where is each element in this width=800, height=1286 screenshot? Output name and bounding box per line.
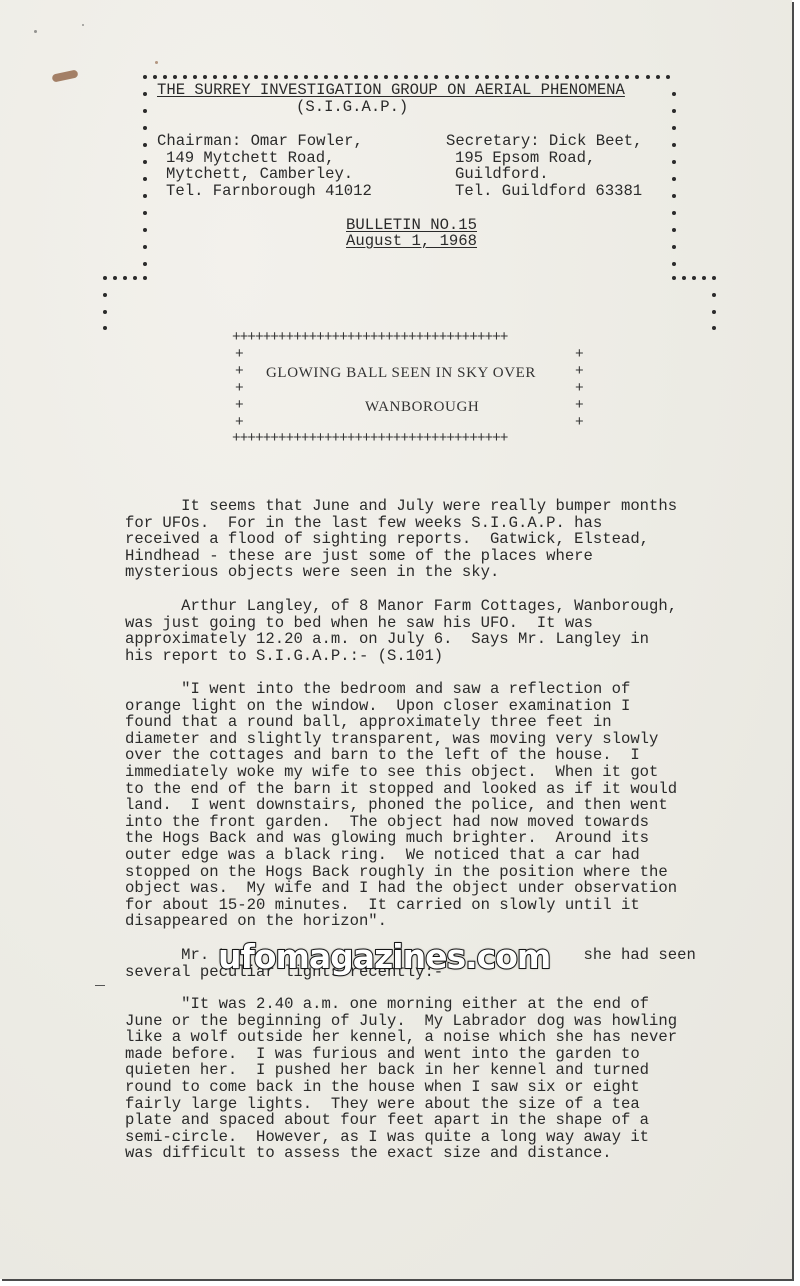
chairman-phone: Tel. Farnborough 41012 bbox=[157, 183, 372, 200]
headline-border-side: + bbox=[235, 347, 244, 364]
secretary-address-1: 195 Epsom Road, bbox=[446, 150, 643, 167]
org-abbrev: (S.I.G.A.P.) bbox=[296, 99, 408, 116]
border-dot bbox=[264, 75, 268, 79]
paper-speck bbox=[155, 61, 158, 64]
border-dot bbox=[314, 75, 318, 79]
text-line: his report to S.I.G.A.P.:- (S.101) bbox=[125, 648, 725, 665]
border-dot bbox=[565, 75, 569, 79]
border-dot bbox=[424, 75, 428, 79]
border-dot bbox=[143, 228, 147, 232]
border-dot bbox=[143, 194, 147, 198]
secretary-block: Secretary: Dick Beet, 195 Epsom Road, Gu… bbox=[446, 133, 643, 199]
text-line: was difficult to assess the exact size a… bbox=[125, 1145, 725, 1162]
headline-border-side: + bbox=[235, 415, 244, 432]
headline-border-top: ++++++++++++++++++++++++++++++++++++ bbox=[232, 330, 507, 347]
text-line: found that a round ball, approximately t… bbox=[125, 714, 725, 731]
text-line: mysterious objects were seen in the sky. bbox=[125, 564, 725, 581]
border-dot bbox=[143, 177, 147, 181]
border-dot bbox=[143, 276, 147, 280]
border-dot bbox=[635, 75, 639, 79]
border-dot bbox=[712, 326, 716, 330]
border-dot bbox=[274, 75, 278, 79]
border-dot bbox=[354, 75, 358, 79]
border-dot bbox=[173, 75, 177, 79]
chairman-name: Chairman: Omar Fowler, bbox=[157, 133, 372, 150]
border-dot bbox=[672, 262, 676, 266]
secretary-name: Secretary: Dick Beet, bbox=[446, 133, 643, 150]
secretary-phone: Tel. Guildford 63381 bbox=[446, 183, 643, 200]
text-line: Arthur Langley, of 8 Manor Farm Cottages… bbox=[125, 598, 725, 615]
border-dot bbox=[672, 276, 676, 280]
border-dot bbox=[203, 75, 207, 79]
border-dot bbox=[475, 75, 479, 79]
border-dot bbox=[334, 75, 338, 79]
border-dot bbox=[143, 92, 147, 96]
border-dot bbox=[244, 75, 248, 79]
text-line: Hindhead - these are just some of the pl… bbox=[125, 548, 725, 565]
chairman-address-2: Mytchett, Camberley. bbox=[157, 166, 372, 183]
border-dot bbox=[672, 160, 676, 164]
border-dot bbox=[213, 75, 217, 79]
text-line: immediately woke my wife to see this obj… bbox=[125, 764, 725, 781]
border-dot bbox=[445, 75, 449, 79]
secretary-address-2: Guildford. bbox=[446, 166, 643, 183]
watermark: ufomagazines.com bbox=[218, 937, 550, 976]
border-dot bbox=[495, 75, 499, 79]
border-dot bbox=[672, 177, 676, 181]
border-dot bbox=[666, 75, 670, 79]
border-dot bbox=[384, 75, 388, 79]
border-dot bbox=[455, 75, 459, 79]
border-dot bbox=[183, 75, 187, 79]
text-line: was just going to bed when he saw his UF… bbox=[125, 615, 725, 632]
border-dot bbox=[465, 75, 469, 79]
border-dot bbox=[143, 75, 147, 79]
text-line: to the end of the barn it stopped and lo… bbox=[125, 781, 725, 798]
border-dot bbox=[143, 160, 147, 164]
headline-border-side: + bbox=[235, 398, 244, 415]
paragraph-mrs-langley-quote: "It was 2.40 a.m. one morning either at … bbox=[125, 996, 725, 1162]
headline-border-side: + bbox=[575, 398, 584, 415]
text-line: It seems that June and July were really … bbox=[125, 498, 725, 515]
border-dot bbox=[143, 262, 147, 266]
border-dot bbox=[525, 75, 529, 79]
text-line: for UFOs. For in the last few weeks S.I.… bbox=[125, 515, 725, 532]
text-line: June or the beginning of July. My Labrad… bbox=[125, 1013, 725, 1030]
text-line: semi-circle. However, as I was quite a l… bbox=[125, 1129, 725, 1146]
chairman-address-1: 149 Mytchett Road, bbox=[157, 150, 372, 167]
paper-speck bbox=[34, 30, 37, 33]
border-dot bbox=[555, 75, 559, 79]
border-dot bbox=[304, 75, 308, 79]
text-line: quieten her. I pushed her back in her ke… bbox=[125, 1062, 725, 1079]
border-dot bbox=[394, 75, 398, 79]
border-dot bbox=[284, 75, 288, 79]
border-dot bbox=[672, 245, 676, 249]
border-dot bbox=[672, 228, 676, 232]
border-dot bbox=[103, 276, 107, 280]
text-line: made before. I was furious and went into… bbox=[125, 1046, 725, 1063]
border-dot bbox=[692, 276, 696, 280]
border-dot bbox=[545, 75, 549, 79]
border-dot bbox=[434, 75, 438, 79]
border-dot bbox=[672, 194, 676, 198]
paragraph-intro: It seems that June and July were really … bbox=[125, 498, 725, 581]
text-line: land. I went downstairs, phoned the poli… bbox=[125, 797, 725, 814]
border-dot bbox=[595, 75, 599, 79]
border-dot bbox=[505, 75, 509, 79]
chairman-block: Chairman: Omar Fowler, 149 Mytchett Road… bbox=[157, 133, 372, 199]
border-dot bbox=[605, 75, 609, 79]
border-dot bbox=[682, 276, 686, 280]
rust-stain bbox=[51, 69, 78, 82]
text-line: object was. My wife and I had the object… bbox=[125, 880, 725, 897]
border-dot bbox=[672, 143, 676, 147]
border-dot bbox=[575, 75, 579, 79]
border-dot bbox=[672, 211, 676, 215]
border-dot bbox=[193, 75, 197, 79]
text-line: over the cottages and barn to the left o… bbox=[125, 747, 725, 764]
text-line: disappeared on the horizon". bbox=[125, 913, 725, 930]
border-dot bbox=[143, 245, 147, 249]
border-dot bbox=[254, 75, 258, 79]
border-dot bbox=[414, 75, 418, 79]
text-line: plate and spaced about four feet apart i… bbox=[125, 1112, 725, 1129]
border-dot bbox=[585, 75, 589, 79]
text-line: stopped on the Hogs Back roughly in the … bbox=[125, 864, 725, 881]
headline-line-2: WANBOROUGH bbox=[365, 399, 479, 416]
headline-border-side: + bbox=[235, 381, 244, 398]
border-dot bbox=[656, 75, 660, 79]
paper-speck bbox=[82, 24, 84, 26]
border-dot bbox=[702, 276, 706, 280]
margin-mark bbox=[95, 985, 105, 986]
text-line: diameter and slightly transparent, was m… bbox=[125, 731, 725, 748]
border-dot bbox=[515, 75, 519, 79]
border-dot bbox=[364, 75, 368, 79]
headline-border-side: + bbox=[575, 364, 584, 381]
headline-border-side: + bbox=[575, 415, 584, 432]
text-line: for about 15-20 minutes. It carried on s… bbox=[125, 897, 725, 914]
border-dot bbox=[163, 75, 167, 79]
text-line: outer edge was a black ring. We noticed … bbox=[125, 847, 725, 864]
border-dot bbox=[374, 75, 378, 79]
border-dot bbox=[324, 75, 328, 79]
border-dot bbox=[485, 75, 489, 79]
border-dot bbox=[672, 92, 676, 96]
text-line: fairly large lights. They were about the… bbox=[125, 1096, 725, 1113]
border-dot bbox=[103, 310, 107, 314]
border-dot bbox=[712, 293, 716, 297]
text-line: approximately 12.20 a.m. on July 6. Says… bbox=[125, 631, 725, 648]
border-dot bbox=[143, 143, 147, 147]
text-line: the Hogs Back and was glowing much brigh… bbox=[125, 830, 725, 847]
border-dot bbox=[223, 75, 227, 79]
border-dot bbox=[712, 276, 716, 280]
headline-border-side: + bbox=[235, 364, 244, 381]
border-dot bbox=[672, 109, 676, 113]
border-dot bbox=[404, 75, 408, 79]
border-dot bbox=[133, 276, 137, 280]
border-dot bbox=[646, 75, 650, 79]
text-line: "I went into the bedroom and saw a refle… bbox=[125, 681, 725, 698]
bulletin-date: August 1, 1968 bbox=[346, 233, 477, 250]
text-line: into the front garden. The object had no… bbox=[125, 814, 725, 831]
text-line: received a flood of sighting reports. Ga… bbox=[125, 531, 725, 548]
headline-border-side: + bbox=[575, 347, 584, 364]
border-dot bbox=[153, 75, 157, 79]
border-dot bbox=[123, 276, 127, 280]
border-dot bbox=[625, 75, 629, 79]
headline-line-1: GLOWING BALL SEEN IN SKY OVER bbox=[266, 365, 536, 382]
border-dot bbox=[143, 126, 147, 130]
border-dot bbox=[103, 326, 107, 330]
headline-box: ++++++++++++++++++++++++++++++++++++ + +… bbox=[232, 330, 592, 445]
border-dot bbox=[143, 109, 147, 113]
text-line: "It was 2.40 a.m. one morning either at … bbox=[125, 996, 725, 1013]
org-name: THE SURREY INVESTIGATION GROUP ON AERIAL… bbox=[157, 82, 625, 99]
headline-border-side: + bbox=[575, 381, 584, 398]
border-dot bbox=[344, 75, 348, 79]
border-dot bbox=[113, 276, 117, 280]
document-page: THE SURREY INVESTIGATION GROUP ON AERIAL… bbox=[0, 0, 792, 1279]
border-dot bbox=[535, 75, 539, 79]
text-line: round to come back in the house when I s… bbox=[125, 1079, 725, 1096]
border-dot bbox=[143, 211, 147, 215]
text-line: orange light on the window. Upon closer … bbox=[125, 698, 725, 715]
border-dot bbox=[712, 310, 716, 314]
border-dot bbox=[615, 75, 619, 79]
text-line: like a wolf outside her kennel, a noise … bbox=[125, 1029, 725, 1046]
border-dot bbox=[672, 126, 676, 130]
paragraph-langley: Arthur Langley, of 8 Manor Farm Cottages… bbox=[125, 598, 725, 664]
border-dot bbox=[103, 293, 107, 297]
border-dot bbox=[294, 75, 298, 79]
border-dot bbox=[233, 75, 237, 79]
paragraph-langley-quote: "I went into the bedroom and saw a refle… bbox=[125, 681, 725, 930]
headline-border-bottom: ++++++++++++++++++++++++++++++++++++ bbox=[232, 431, 507, 448]
